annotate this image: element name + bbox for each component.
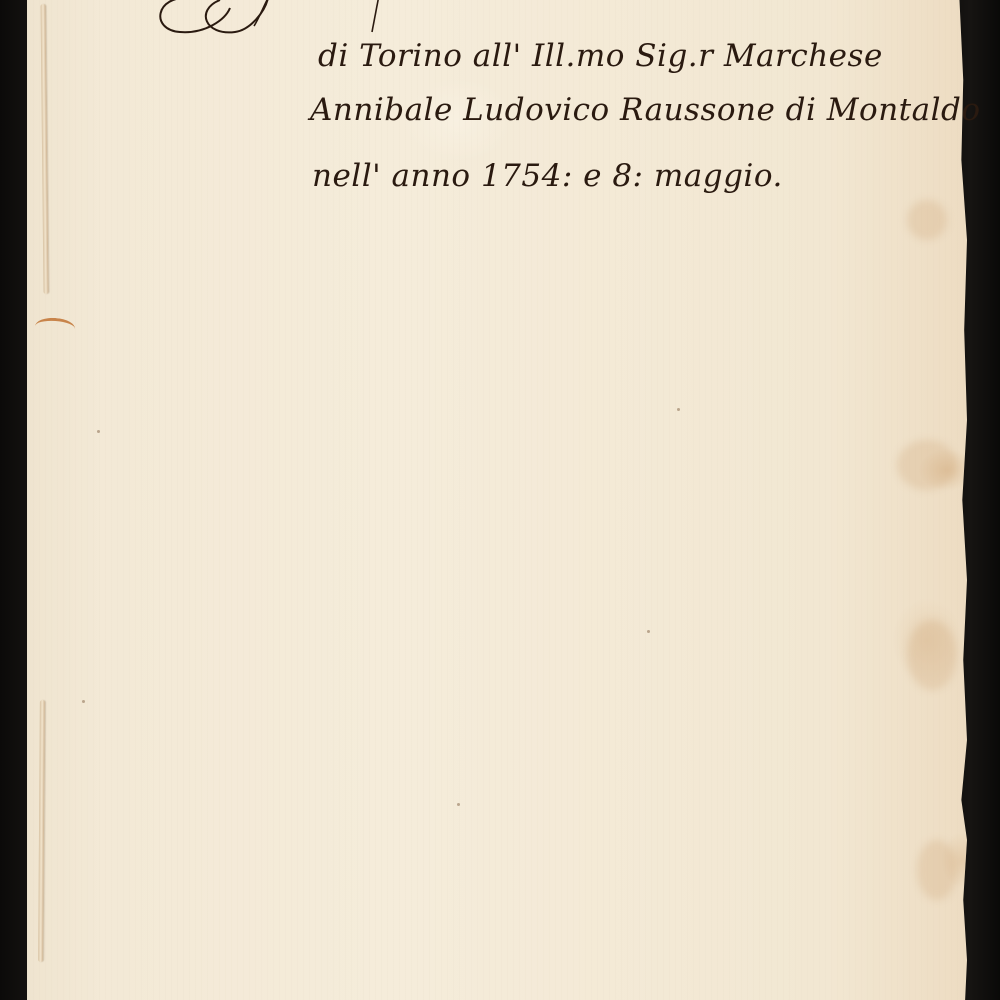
paper-speck — [457, 803, 460, 806]
paper-speck — [677, 408, 680, 411]
paper-speck — [97, 430, 100, 433]
calligraphic-flourish — [150, 0, 410, 40]
foxing-stain — [907, 620, 957, 690]
foxing-stain — [917, 840, 957, 900]
manuscript-line-2: Annibale Ludovico Raussone di Montaldo — [310, 92, 981, 128]
paper-speck — [82, 700, 85, 703]
manuscript-line-3: nell' anno 1754: e 8: maggio. — [312, 158, 783, 194]
paper-chain-lines — [27, 0, 967, 1000]
foxing-stain — [897, 440, 957, 490]
manuscript-line-1: di Torino all' Ill.mo Sig.r Marchese — [318, 38, 883, 74]
manuscript-page — [27, 0, 967, 1000]
paper-speck — [647, 630, 650, 633]
foxing-stain — [907, 200, 947, 240]
